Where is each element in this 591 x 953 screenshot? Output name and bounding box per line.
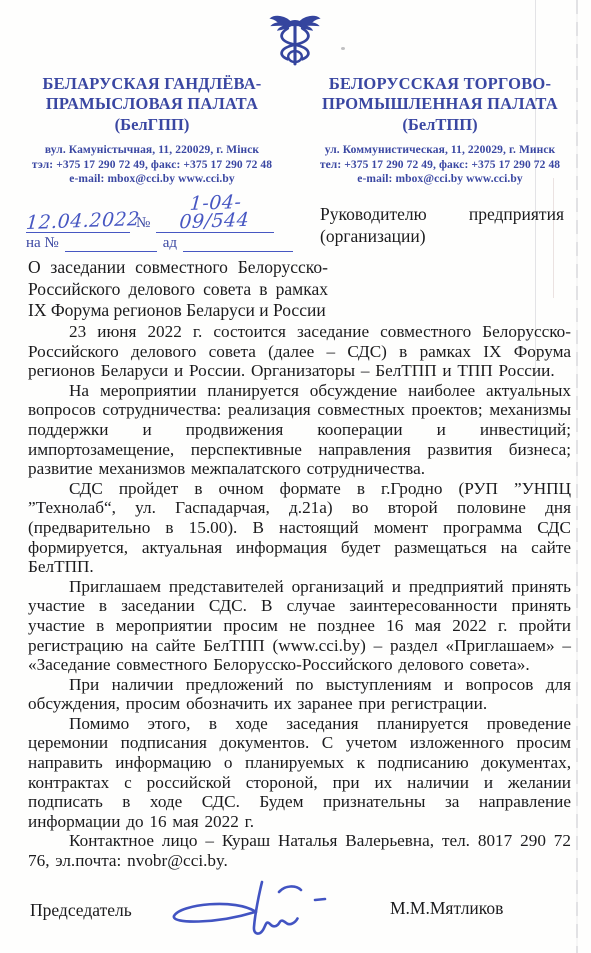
handwritten-signature (158, 872, 348, 953)
email-site-line: e-mail: mbox@cci.by www.cci.by (32, 172, 272, 187)
body-paragraph: На мероприятии планируется обсуждение на… (28, 381, 571, 479)
org-title-by: БЕЛАРУСКАЯ ГАНДЛЁВА-ПРАМЫСЛОВАЯ ПАЛАТА (12, 74, 292, 114)
addressee-word: предприятия (469, 203, 564, 225)
body-paragraph: Приглашаем представителей организаций и … (28, 577, 571, 675)
signer-name: М.М.Мятликов (390, 898, 503, 919)
org-address-ru: ул. Коммунистическая, 11, 220029, г. Мин… (320, 143, 560, 187)
reply-to-label: на № (26, 235, 59, 252)
addressee-block: Руководителю предприятия (организации) (320, 203, 564, 247)
scanned-letter-page: БЕЛАРУСКАЯ ГАНДЛЁВА-ПРАМЫСЛОВАЯ ПАЛАТА (… (0, 0, 591, 953)
org-abbr-ru: (БелТПП) (402, 115, 477, 135)
reply-from-label: ад (163, 235, 177, 252)
letterhead-belarusian: БЕЛАРУСКАЯ ГАНДЛЁВА-ПРАМЫСЛОВАЯ ПАЛАТА (… (12, 74, 292, 187)
org-address-by: вул. Камуністычная, 11, 220029, г. Мінск… (32, 143, 272, 187)
letterhead-russian: БЕЛОРУССКАЯ ТОРГОВО-ПРОМЫШЛЕННАЯ ПАЛАТА … (300, 74, 580, 187)
letter-body: 23 июня 2022 г. состоится заседание совм… (28, 322, 571, 871)
reference-block: 12.04.2022 № 1-04-09/544 на № ад (26, 194, 293, 252)
reply-date-blank (183, 237, 293, 252)
scan-artifact-speck (341, 47, 345, 50)
addressee-line2: (организации) (320, 225, 564, 247)
handwritten-date: 12.04.2022 (25, 210, 140, 232)
reply-number-blank (65, 237, 157, 252)
incoming-ref-line: на № ад (26, 235, 293, 252)
address-line: ул. Коммунистическая, 11, 220029, г. Мин… (320, 143, 560, 158)
number-slot: 1-04-09/544 (156, 194, 274, 233)
addressee-line1: Руководителю предприятия (320, 203, 564, 225)
signer-position: Председатель (30, 900, 132, 921)
addressee-word: Руководителю (320, 203, 427, 225)
body-paragraph: СДС пройдет в очном формате в г.Гродно (… (28, 479, 571, 577)
address-line: вул. Камуністычная, 11, 220029, г. Мінск (32, 143, 272, 158)
org-title-ru: БЕЛОРУССКАЯ ТОРГОВО-ПРОМЫШЛЕННАЯ ПАЛАТА (300, 74, 580, 114)
subject-block: О заседании совместного Белорусско-Росси… (28, 257, 328, 322)
email-site-line: e-mail: mbox@cci.by www.cci.by (320, 172, 560, 187)
body-paragraph: 23 июня 2022 г. состоится заседание совм… (28, 322, 571, 381)
body-paragraph: Контактное лицо – Кураш Наталья Валерьев… (28, 831, 571, 870)
body-paragraph: При наличии предложений по выступлениям … (28, 675, 571, 714)
phone-fax-line: тел: +375 17 290 72 49, факс: +375 17 29… (320, 158, 560, 173)
caduceus-logo-icon (265, 12, 325, 72)
handwritten-number: 1-04-09/544 (155, 192, 275, 232)
body-paragraph: Помимо этого, в ходе заседания планирует… (28, 714, 571, 832)
outgoing-ref-line: 12.04.2022 № 1-04-09/544 (26, 194, 293, 233)
date-slot: 12.04.2022 (26, 212, 130, 233)
phone-fax-line: тэл: +375 17 290 72 49, факс: +375 17 29… (32, 158, 272, 173)
org-abbr-by: (БелГПП) (115, 115, 190, 135)
